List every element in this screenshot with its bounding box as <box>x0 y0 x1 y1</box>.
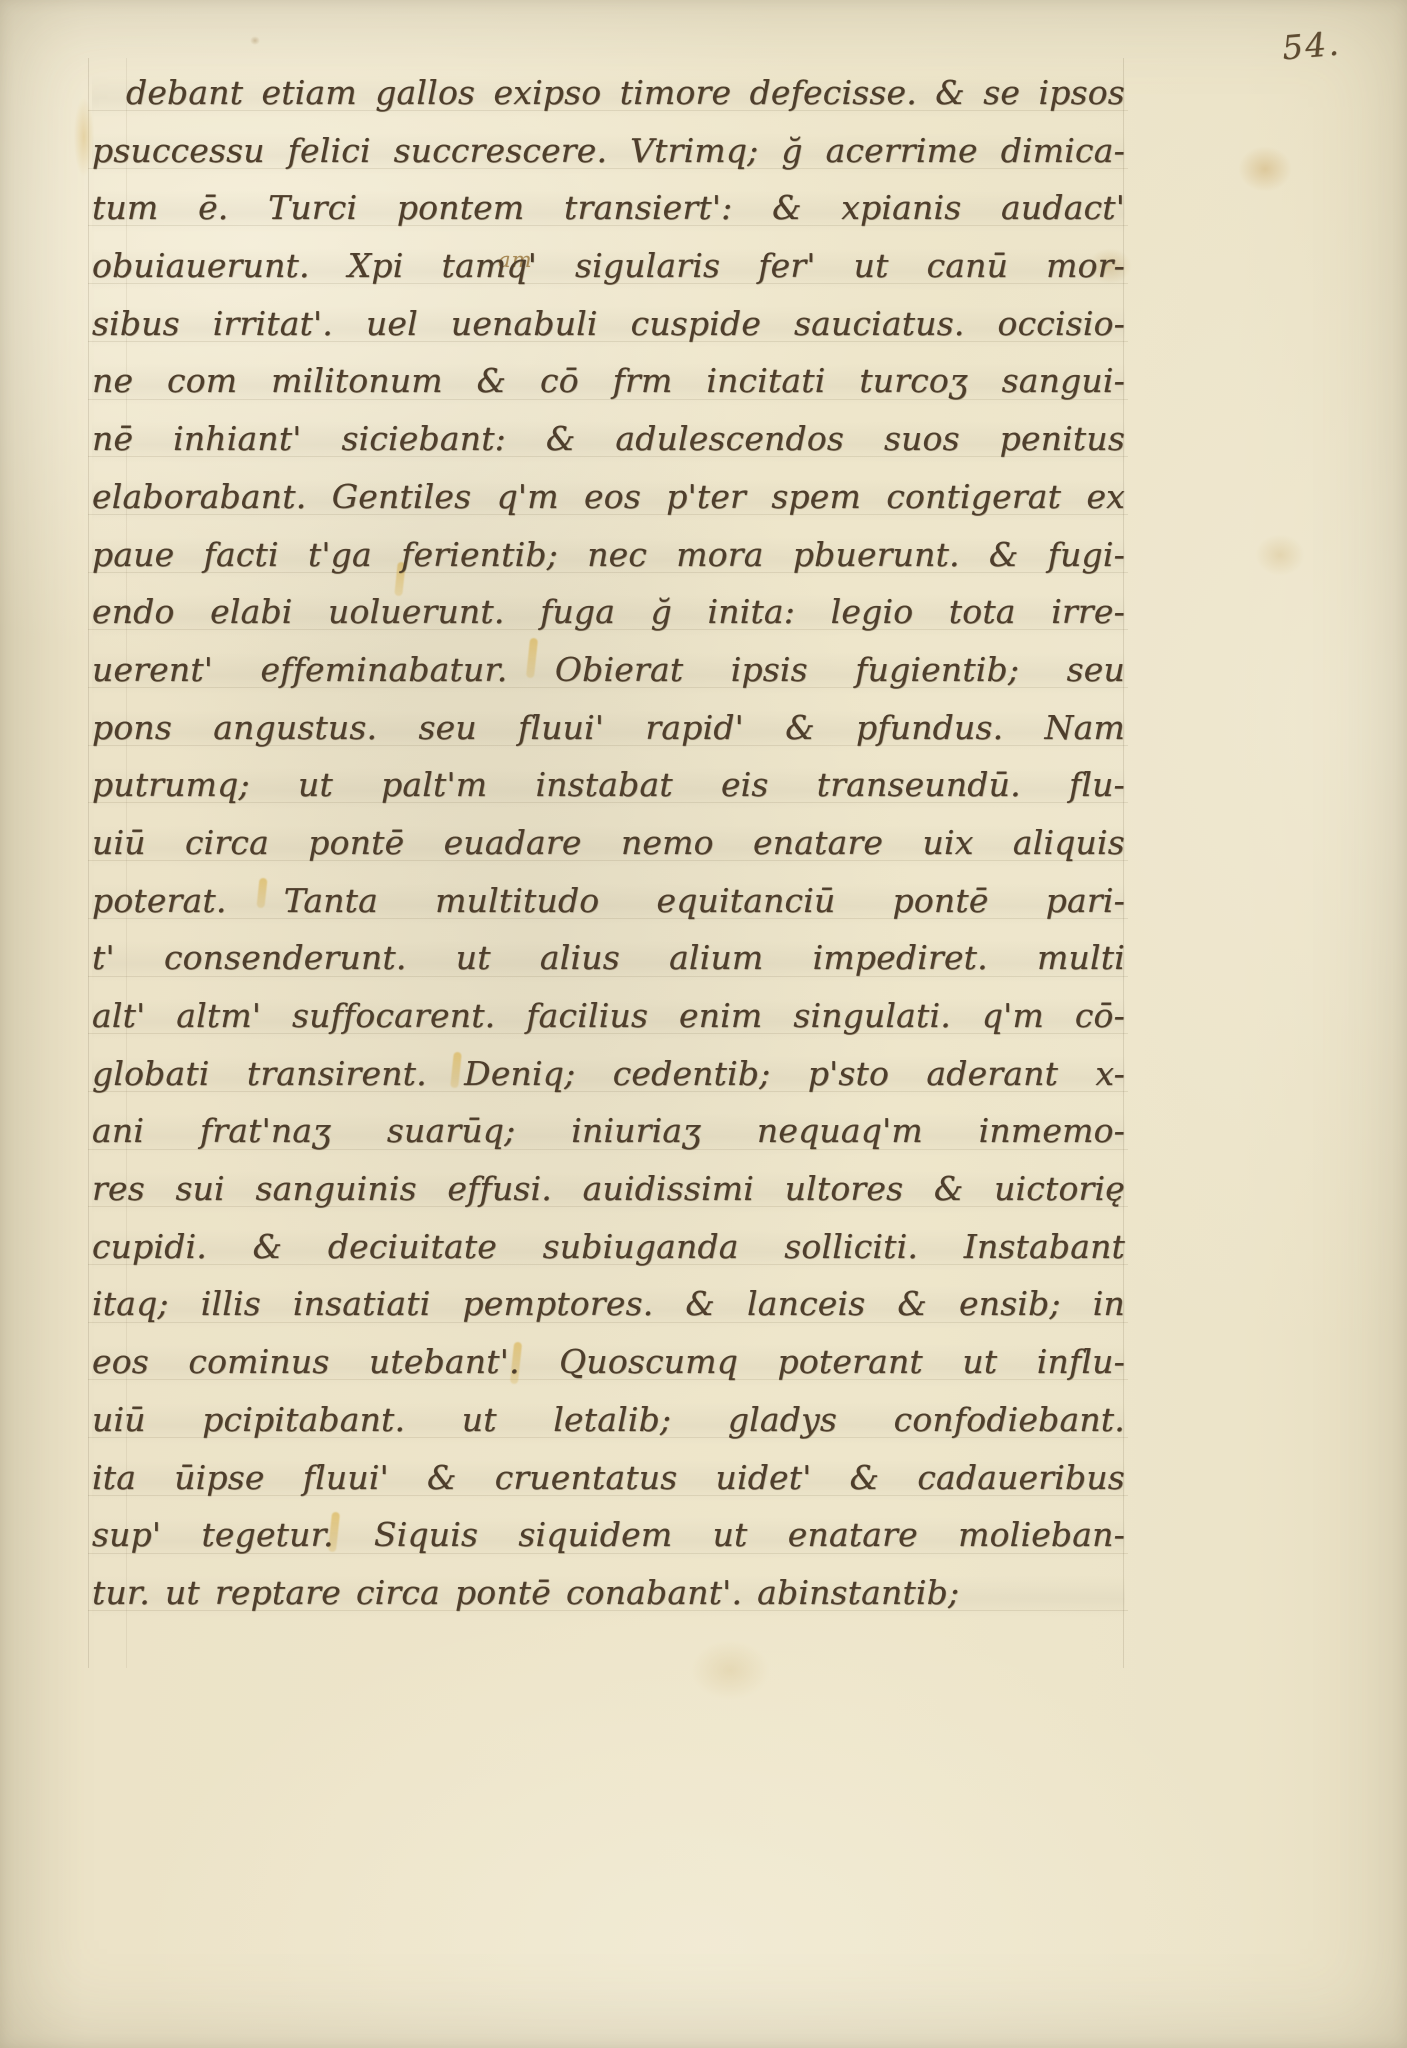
word: audact' <box>1001 179 1125 237</box>
word: pbuerunt. <box>793 526 960 584</box>
word: pontē <box>308 814 404 872</box>
word: alium <box>669 929 763 987</box>
word: elaborabant. <box>92 468 306 526</box>
manuscript-line: itaūipsefluui'&cruentatusuidet'&cadaueri… <box>92 1449 1125 1507</box>
word: endo <box>92 583 175 641</box>
word: & <box>897 1275 927 1333</box>
manuscript-line: ressuisanguiniseffusi.auidissimiultores&… <box>92 1160 1125 1218</box>
word: sanguinis <box>255 1160 416 1218</box>
word: equitanciū <box>656 872 835 930</box>
word: & <box>772 179 802 237</box>
word: etiam <box>262 64 357 122</box>
word: adulescendos <box>615 410 844 468</box>
word: fluui' <box>518 699 604 757</box>
word: p'ter <box>666 468 746 526</box>
word: in <box>1093 1275 1125 1333</box>
manuscript-line: poterat.Tantamultitudoequitanciūpontēpar… <box>92 872 1125 930</box>
word: iniuriaʒ <box>571 1102 701 1160</box>
word: & <box>685 1275 715 1333</box>
word: abinstantib; <box>757 1564 959 1622</box>
word: & <box>427 1449 457 1507</box>
word: altm' <box>176 987 261 1045</box>
manuscript-line: psuccessufelicisuccrescere.Vtrimq;ğacerr… <box>92 122 1125 180</box>
word: conabant'. <box>566 1564 742 1622</box>
word: subiuganda <box>543 1218 739 1276</box>
word: t' <box>92 929 115 987</box>
word: eis <box>721 756 769 814</box>
word: multitudo <box>435 872 599 930</box>
word: aliquis <box>1013 814 1125 872</box>
word: debant <box>126 64 243 122</box>
manuscript-line: itaq;illisinsatiatipemptores.&lanceis&en… <box>92 1275 1125 1333</box>
manuscript-line: globatitransirent.Deniq;cedentib;p'stoad… <box>92 1045 1125 1103</box>
manuscript-line: uiūcircapontēeuadarenemoenatareuixaliqui… <box>92 814 1125 872</box>
word: auidissimi <box>583 1160 754 1218</box>
word: ğ <box>781 122 802 180</box>
word: & <box>934 1160 964 1218</box>
word: ultores <box>785 1160 904 1218</box>
word: uiū <box>92 814 146 872</box>
word: cuspide <box>631 295 761 353</box>
word: t'ga <box>308 526 372 584</box>
manuscript-line: pauefactit'gaferientib;necmorapbuerunt.&… <box>92 526 1125 584</box>
word: xpianis <box>841 179 961 237</box>
word: frm <box>613 352 673 410</box>
word: angustus. <box>213 699 377 757</box>
word: Tanta <box>284 872 378 930</box>
word: Vtrimq; <box>630 122 758 180</box>
word: alius <box>540 929 620 987</box>
word: uix <box>922 814 973 872</box>
word: ensib; <box>959 1275 1061 1333</box>
word: & <box>253 1218 283 1276</box>
word: itaq; <box>92 1275 169 1333</box>
manuscript-line: necommilitonum&cōfrmincitatiturcoʒsangui… <box>92 352 1125 410</box>
word: q'm <box>497 468 559 526</box>
manuscript-line: putrumq;utpalt'minstabateistranseundū.fl… <box>92 756 1125 814</box>
word: effeminabatur. <box>260 641 507 699</box>
word: gallos <box>375 64 475 122</box>
word: rapid' <box>645 699 744 757</box>
parchment-stain <box>1238 146 1292 192</box>
word: canū <box>927 237 1008 295</box>
word: penitus <box>1000 410 1125 468</box>
word: letalib; <box>553 1391 671 1449</box>
word: ē. <box>198 179 228 237</box>
word: acerrime <box>826 122 978 180</box>
word: circa <box>356 1564 440 1622</box>
word: molieban- <box>958 1506 1125 1564</box>
word: fugientib; <box>855 641 1019 699</box>
word: frat'naʒ <box>200 1102 331 1160</box>
manuscript-line: elaborabant.Gentilesq'meosp'terspemconti… <box>92 468 1125 526</box>
word: enatare <box>753 814 883 872</box>
word: euadare <box>444 814 582 872</box>
word: flu- <box>1069 756 1125 814</box>
word: putrumq; <box>92 756 250 814</box>
word: ex <box>1086 468 1125 526</box>
manuscript-line: tumē.Turcipontemtransiert':&xpianisaudac… <box>92 179 1125 237</box>
word: mor- <box>1046 237 1125 295</box>
word: timore <box>620 64 731 122</box>
word: aderant <box>926 1045 1058 1103</box>
word: pontē <box>893 872 989 930</box>
word: tegetur. <box>201 1506 333 1564</box>
word: pontē <box>455 1564 551 1622</box>
word: incitati <box>706 352 825 410</box>
word: spem <box>771 468 861 526</box>
word: Xpi <box>348 237 404 295</box>
word: reptare <box>215 1564 341 1622</box>
manuscript-line: eoscominusutebant'.Quoscumqpoterantutinf… <box>92 1333 1125 1391</box>
word: Nam <box>1045 699 1125 757</box>
word: turcoʒ <box>859 352 967 410</box>
word: cadaueribus <box>917 1449 1125 1507</box>
word: pfundus. <box>856 699 1003 757</box>
word: se <box>983 64 1020 122</box>
manuscript-line: t'consenderunt.utaliusaliumimpediret.mul… <box>92 929 1125 987</box>
word: tum <box>92 179 158 237</box>
word: consenderunt. <box>164 929 407 987</box>
word: eos <box>92 1333 149 1391</box>
word: facilius <box>526 987 648 1045</box>
word: fugi- <box>1048 526 1125 584</box>
word: Obierat <box>555 641 683 699</box>
word: occisio- <box>998 295 1126 353</box>
word: irritat'. <box>213 295 333 353</box>
word: seu <box>1067 641 1125 699</box>
word: inhiant' <box>173 410 301 468</box>
word: & <box>546 410 576 468</box>
manuscript-line: uiūpcipitabant.utletalib;gladysconfodieb… <box>92 1391 1125 1449</box>
word: alt' <box>92 987 145 1045</box>
word: Deniq; <box>464 1045 575 1103</box>
manuscript-line: cupidi.&deciuitatesubiugandasolliciti.In… <box>92 1218 1125 1276</box>
word: cominus <box>188 1333 329 1391</box>
word: Gentiles <box>332 468 472 526</box>
word: cedentib; <box>613 1045 771 1103</box>
word: siquidem <box>518 1506 672 1564</box>
word: deciuitate <box>328 1218 497 1276</box>
word: sauciatus. <box>794 295 965 353</box>
word: ut <box>962 1333 997 1391</box>
word: succrescere. <box>394 122 608 180</box>
word: com <box>167 352 237 410</box>
word: ita <box>92 1449 136 1507</box>
word: tur. <box>92 1564 150 1622</box>
word: ut <box>165 1564 200 1622</box>
word: pari- <box>1046 872 1125 930</box>
word: fuga <box>540 583 615 641</box>
word: Turci <box>268 179 357 237</box>
word: ut <box>854 237 889 295</box>
word: uiū <box>92 1391 146 1449</box>
word: irre- <box>1051 583 1125 641</box>
word: ut <box>713 1506 748 1564</box>
word: inita: <box>708 583 796 641</box>
word: ferientib; <box>401 526 558 584</box>
word: pemptores. <box>462 1275 653 1333</box>
word: eos <box>584 468 641 526</box>
word: circa <box>185 814 269 872</box>
word: x- <box>1095 1045 1125 1103</box>
word: & <box>989 526 1019 584</box>
word: tamq' <box>442 237 537 295</box>
word: tota <box>949 583 1016 641</box>
word: uidet' <box>716 1449 812 1507</box>
word: illis <box>201 1275 261 1333</box>
word: sibus <box>92 295 180 353</box>
word: transiert': <box>564 179 732 237</box>
folio-number: 54. <box>1280 24 1342 68</box>
word: obuiauerunt. <box>92 237 310 295</box>
word: uel <box>366 295 418 353</box>
word: facti <box>204 526 279 584</box>
word: Instabant <box>964 1218 1125 1276</box>
word: fluui' <box>303 1449 389 1507</box>
manuscript-line: ponsangustus.seufluui'rapid'&pfundus.Nam <box>92 699 1125 757</box>
manuscript-page: 54. am debantetiamgallosexipsotimoredefe… <box>0 0 1407 2048</box>
word: legio <box>831 583 914 641</box>
manuscript-line: nēinhiant'siciebant:&adulescendossuospen… <box>92 410 1125 468</box>
word: Siquis <box>374 1506 478 1564</box>
text-block: debantetiamgallosexipsotimoredefecisse.&… <box>92 64 1125 1622</box>
word: multi <box>1037 929 1125 987</box>
word: & <box>477 352 507 410</box>
word: cō- <box>1075 987 1125 1045</box>
word: ūipse <box>174 1449 264 1507</box>
word: uoluerunt. <box>328 583 505 641</box>
manuscript-line: uerent'effeminabatur.Obieratipsisfugient… <box>92 641 1125 699</box>
word: sangui- <box>1002 352 1125 410</box>
word: & <box>785 699 815 757</box>
word: cō <box>540 352 579 410</box>
manuscript-line: sup'tegetur.Siquissiquidemutenataremolie… <box>92 1506 1125 1564</box>
word: confodiebant. <box>894 1391 1125 1449</box>
word: cupidi. <box>92 1218 207 1276</box>
manuscript-line: obuiauerunt.Xpitamq'sigularisfer'utcanūm… <box>92 237 1125 295</box>
word: ğ <box>651 583 672 641</box>
word: inmemo- <box>979 1102 1125 1160</box>
word: insatiati <box>293 1275 431 1333</box>
word: nequaq'm <box>757 1102 923 1160</box>
word: lanceis <box>747 1275 865 1333</box>
word: uenabuli <box>451 295 598 353</box>
word: instabat <box>535 756 672 814</box>
word: ut <box>462 1391 497 1449</box>
word: felici <box>288 122 371 180</box>
word: Quoscumq <box>559 1333 738 1391</box>
word: pontem <box>397 179 525 237</box>
word: ne <box>92 352 133 410</box>
parchment-stain <box>250 36 260 45</box>
word: influ- <box>1037 1333 1125 1391</box>
word: psuccessu <box>92 122 265 180</box>
word: paue <box>92 526 174 584</box>
word: & <box>935 64 965 122</box>
word: enatare <box>788 1506 918 1564</box>
manuscript-line: anifrat'naʒsuarūq;iniuriaʒnequaq'minmemo… <box>92 1102 1125 1160</box>
word: globati <box>92 1045 210 1103</box>
word: defecisse. <box>750 64 917 122</box>
word: effusi. <box>447 1160 552 1218</box>
left-ruling-line <box>88 58 89 1668</box>
word: p'sto <box>808 1045 889 1103</box>
word: seu <box>418 699 476 757</box>
word: ipsos <box>1039 64 1125 122</box>
word: pons <box>92 699 172 757</box>
word: siciebant: <box>341 410 506 468</box>
word: ut <box>298 756 333 814</box>
word: dimica- <box>1001 122 1125 180</box>
word: solliciti. <box>784 1218 918 1276</box>
word: ani <box>92 1102 144 1160</box>
word: nemo <box>621 814 714 872</box>
word: res <box>92 1160 145 1218</box>
word: cruentatus <box>495 1449 678 1507</box>
word: elabi <box>210 583 292 641</box>
word: poterant <box>778 1333 923 1391</box>
manuscript-line: tur.utreptarecircapontēconabant'.abinsta… <box>92 1564 1125 1622</box>
parchment-stain <box>690 1640 770 1700</box>
word: suffocarent. <box>292 987 495 1045</box>
manuscript-line: alt'altm'suffocarent.faciliusenimsingula… <box>92 987 1125 1045</box>
manuscript-line: endoelabiuoluerunt.fugağinita:legiototai… <box>92 583 1125 641</box>
word: uerent' <box>92 641 213 699</box>
word: utebant'. <box>369 1333 520 1391</box>
word: & <box>850 1449 880 1507</box>
word: uictorię <box>994 1160 1125 1218</box>
word: poterat. <box>92 872 227 930</box>
word: sigularis <box>575 237 720 295</box>
word: militonum <box>271 352 443 410</box>
word: q'm <box>982 987 1044 1045</box>
word: sup' <box>92 1506 161 1564</box>
word: fer' <box>758 237 815 295</box>
word: mora <box>676 526 763 584</box>
parchment-stain <box>1255 534 1305 576</box>
manuscript-line: sibusirritat'.ueluenabulicuspidesauciatu… <box>92 295 1125 353</box>
word: nē <box>92 410 133 468</box>
word: palt'm <box>381 756 487 814</box>
word: suos <box>884 410 960 468</box>
manuscript-line: debantetiamgallosexipsotimoredefecisse.&… <box>92 64 1125 122</box>
word: sui <box>175 1160 224 1218</box>
word: transirent. <box>247 1045 427 1103</box>
word: ipsis <box>731 641 808 699</box>
word: contigerat <box>886 468 1061 526</box>
word: exipso <box>494 64 602 122</box>
word: suarūq; <box>387 1102 516 1160</box>
word: enim <box>679 987 762 1045</box>
word: nec <box>587 526 647 584</box>
word: ut <box>456 929 491 987</box>
word: gladys <box>728 1391 837 1449</box>
word: impediret. <box>813 929 988 987</box>
word: transeundū. <box>817 756 1021 814</box>
word: singulati. <box>793 987 951 1045</box>
word: pcipitabant. <box>202 1391 405 1449</box>
